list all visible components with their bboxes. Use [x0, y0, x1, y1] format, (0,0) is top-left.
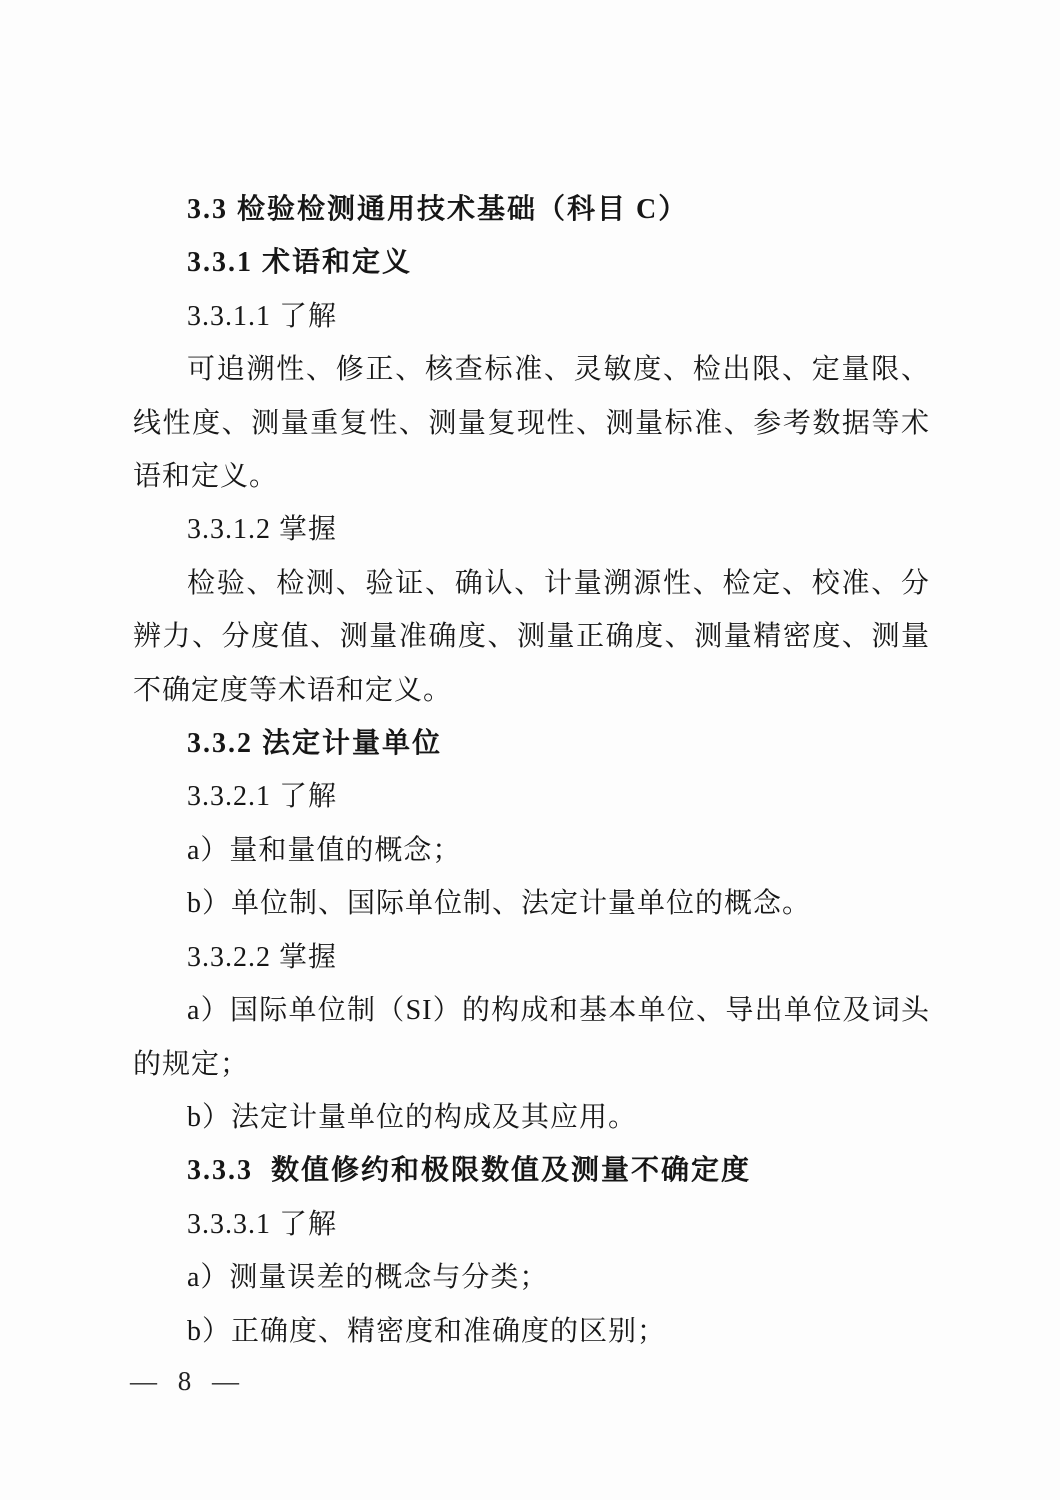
heading-3-3-3-1: 3.3.3.1 了解	[133, 1198, 930, 1251]
list-item-3321-b: b）单位制、国际单位制、法定计量单位的概念。	[133, 877, 930, 930]
heading-3-3-1-1: 3.3.1.1 了解	[133, 290, 930, 343]
document-body: 3.3 检验检测通用技术基础（科目 C） 3.3.1 术语和定义 3.3.1.1…	[133, 183, 930, 1358]
paragraph-terms-know: 可追溯性、修正、核查标准、灵敏度、检出限、定量限、线性度、测量重复性、测量复现性…	[133, 343, 930, 503]
heading-3-3-3: 3.3.3 数值修约和极限数值及测量不确定度	[133, 1144, 930, 1197]
list-item-3321-a: a）量和量值的概念；	[133, 824, 930, 877]
heading-3-3-2-2: 3.3.2.2 掌握	[133, 931, 930, 984]
list-item-3322-b: b）法定计量单位的构成及其应用。	[133, 1091, 930, 1144]
heading-3-3-1: 3.3.1 术语和定义	[133, 236, 930, 289]
page-number: — 8 —	[130, 1366, 241, 1397]
heading-3-3-1-2: 3.3.1.2 掌握	[133, 503, 930, 556]
section-heading-3-3: 3.3 检验检测通用技术基础（科目 C）	[133, 183, 930, 236]
paragraph-terms-master: 检验、检测、验证、确认、计量溯源性、检定、校准、分辨力、分度值、测量准确度、测量…	[133, 557, 930, 717]
list-item-3322-a: a）国际单位制（SI）的构成和基本单位、导出单位及词头的规定；	[133, 984, 930, 1091]
heading-3-3-2-1: 3.3.2.1 了解	[133, 770, 930, 823]
list-item-3331-b: b）正确度、精密度和准确度的区别；	[133, 1305, 930, 1358]
list-item-3331-a: a）测量误差的概念与分类；	[133, 1251, 930, 1304]
heading-3-3-2: 3.3.2 法定计量单位	[133, 717, 930, 770]
document-page: 3.3 检验检测通用技术基础（科目 C） 3.3.1 术语和定义 3.3.1.1…	[0, 0, 1060, 1500]
